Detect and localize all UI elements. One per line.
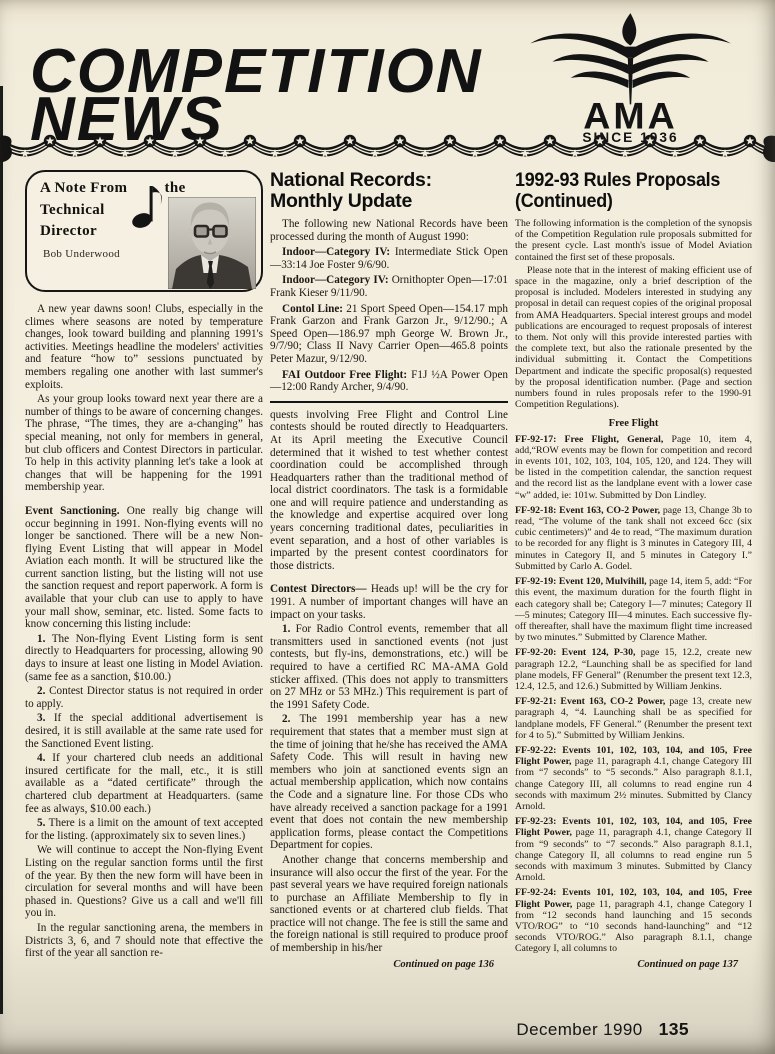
ama-logo: AMA SINCE 1936 [523,12,741,144]
paragraph: As your group looks toward next year the… [25,393,263,494]
proposal-entry: FF-92-22: Events 101, 102, 103, 104, and… [515,745,752,812]
record-entry: FAI Outdoor Free Flight: F1J ½A Power Op… [270,369,508,394]
paragraph: A new year dawns soon! Clubs, especially… [25,303,263,391]
continued-note: Continued on page 136 [270,959,508,972]
rules-proposals-heading: 1992-93 Rules Proposals (Continued) [515,170,752,211]
paragraph: In the regular sanctioning arena, the me… [25,922,263,960]
list-item: 5. There is a limit on the amount of tex… [25,817,263,842]
record-entry: Indoor—Category IV: Intermediate Stick O… [270,246,508,271]
proposal-entry: FF-92-23: Events 101, 102, 103, 104, and… [515,816,752,883]
national-records-heading: National Records: Monthly Update [270,170,508,211]
paragraph: We will continue to accept the Non-flyin… [25,844,263,920]
column-divider [270,401,508,403]
byline: Bob Underwood [43,248,120,261]
proposal-entry: FF-92-17: Free Flight, General, Page 10,… [515,434,752,501]
paragraph: quests involving Free Flight and Control… [270,409,508,573]
ama-wings-torch-icon: AMA SINCE 1936 [523,12,741,144]
column-rules-proposals: 1992-93 Rules Proposals (Continued) The … [515,170,752,1016]
proposal-entry: FF-92-24: Events 101, 102, 103, 104, and… [515,887,752,954]
list-item: 2. Contest Director status is not requir… [25,685,263,710]
paragraph: Contest Directors— Heads up! will be the… [270,583,508,621]
proposal-entry: FF-92-20: Event 124, P-30, page 15, 12.2… [515,647,752,692]
magazine-page: COMPETITION NEWS AMA SINCE 1936 [0,0,775,1054]
record-entry: Contol Line: 21 Sport Speed Open—154.17 … [270,303,508,366]
column-technical-director: A Note Fromthe Technical Director Bob Un… [25,170,263,1016]
record-entry: Indoor—Category IV: Ornithopter Open—17:… [270,274,508,299]
page-footer: December 1990135 [516,1019,689,1040]
paragraph: The following information is the complet… [515,218,752,263]
page-edge-line [0,86,3,1014]
list-item: 3. If the special additional advertiseme… [25,712,263,750]
bunting-ribbon-border [0,134,775,163]
continued-note: Continued on page 137 [515,959,752,970]
portrait-photo [168,197,256,289]
list-item: 4. If your chartered club needs an addit… [25,752,263,815]
proposal-entry: FF-92-21: Event 163, CO-2 Power, page 13… [515,696,752,741]
footer-page-number: 135 [659,1019,689,1039]
article-columns: A Note Fromthe Technical Director Bob Un… [25,170,753,1016]
list-item: 2. The 1991 membership year has a new re… [270,713,508,852]
music-note-icon [131,182,167,229]
proposal-entry: FF-92-18: Event 163, CO-2 Power, page 13… [515,505,752,572]
paragraph: The following new National Records have … [270,218,508,243]
proposal-entry: FF-92-19: Event 120, Mulvihill, page 14,… [515,576,752,643]
section-header-free-flight: Free Flight [515,418,752,429]
column-national-records: National Records: Monthly Update The fol… [270,170,508,1016]
technical-director-box: A Note Fromthe Technical Director Bob Un… [25,170,263,292]
list-item: 1. The Non-flying Event Listing form is … [25,633,263,683]
paragraph: Another change that concerns membership … [270,854,508,955]
paragraph: Event Sanctioning. One really big change… [25,505,263,631]
masthead-title: COMPETITION NEWS [30,48,483,144]
list-item: 1. For Radio Control events, remember th… [270,623,508,711]
paragraph: Please note that in the interest of maki… [515,265,752,411]
footer-issue-date: December 1990 [516,1020,642,1039]
